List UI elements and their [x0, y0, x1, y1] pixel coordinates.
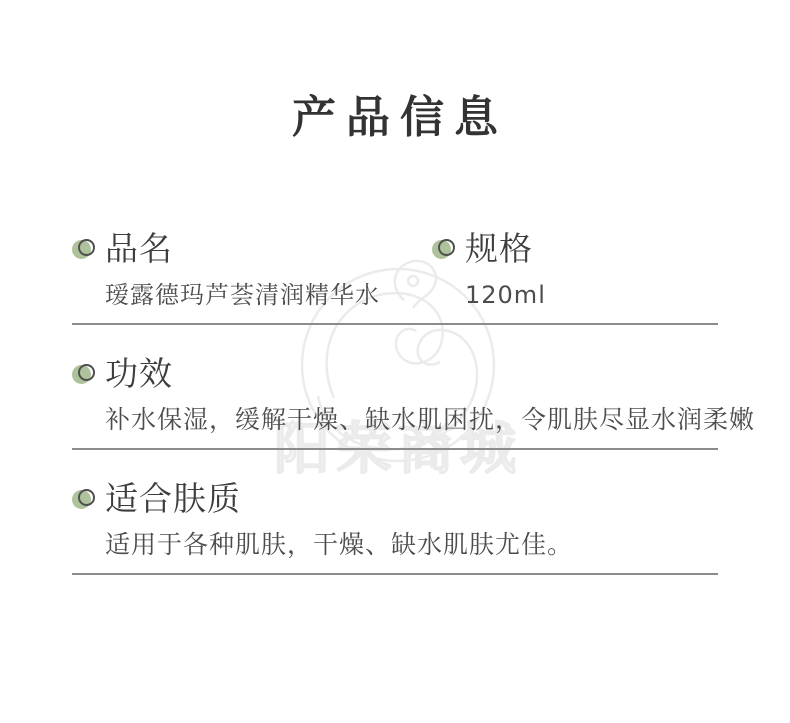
bullet-ring [78, 239, 95, 256]
content-area: 品名 瑷露德玛芦荟清润精华水 规格 120ml [72, 230, 718, 575]
product-info-page: 阳荣商城 产品信息 品名 瑷露德玛芦荟清润精华水 [0, 0, 790, 723]
specification-value: 120ml [465, 280, 718, 310]
bullet-ring [438, 239, 455, 256]
section-product-name: 品名 瑷露德玛芦荟清润精华水 [72, 230, 432, 310]
suitable-skin-value: 适用于各种肌肤，干燥、缺水肌肤尤佳。 [105, 530, 718, 560]
section-label-efficacy: 功效 [105, 355, 173, 393]
page-title: 产品信息 [0, 0, 790, 142]
product-name-value: 瑷露德玛芦荟清润精华水 [105, 280, 432, 310]
divider [72, 448, 718, 450]
bullet-ring [78, 489, 95, 506]
section-label-product-name: 品名 [105, 230, 173, 268]
section-product-name-header: 品名 [72, 230, 432, 268]
bullet-icon [72, 487, 98, 511]
bullet-icon [72, 362, 98, 386]
section-efficacy-header: 功效 [72, 355, 718, 393]
section-specification-header: 规格 [432, 230, 718, 268]
bullet-icon [432, 237, 458, 261]
bullet-icon [72, 237, 98, 261]
section-label-specification: 规格 [465, 230, 533, 268]
divider [72, 323, 718, 325]
section-efficacy: 功效 补水保湿，缓解干燥、缺水肌困扰，令肌肤尽显水润柔嫩 [72, 355, 718, 435]
efficacy-value: 补水保湿，缓解干燥、缺水肌困扰，令肌肤尽显水润柔嫩 [105, 405, 718, 435]
section-suitable-skin: 适合肤质 适用于各种肌肤，干燥、缺水肌肤尤佳。 [72, 480, 718, 560]
section-specification: 规格 120ml [432, 230, 718, 310]
section-label-suitable-skin: 适合肤质 [105, 480, 241, 518]
divider [72, 573, 718, 575]
section-suitable-skin-header: 适合肤质 [72, 480, 718, 518]
bullet-ring [78, 364, 95, 381]
row-name-spec: 品名 瑷露德玛芦荟清润精华水 规格 120ml [72, 230, 718, 310]
